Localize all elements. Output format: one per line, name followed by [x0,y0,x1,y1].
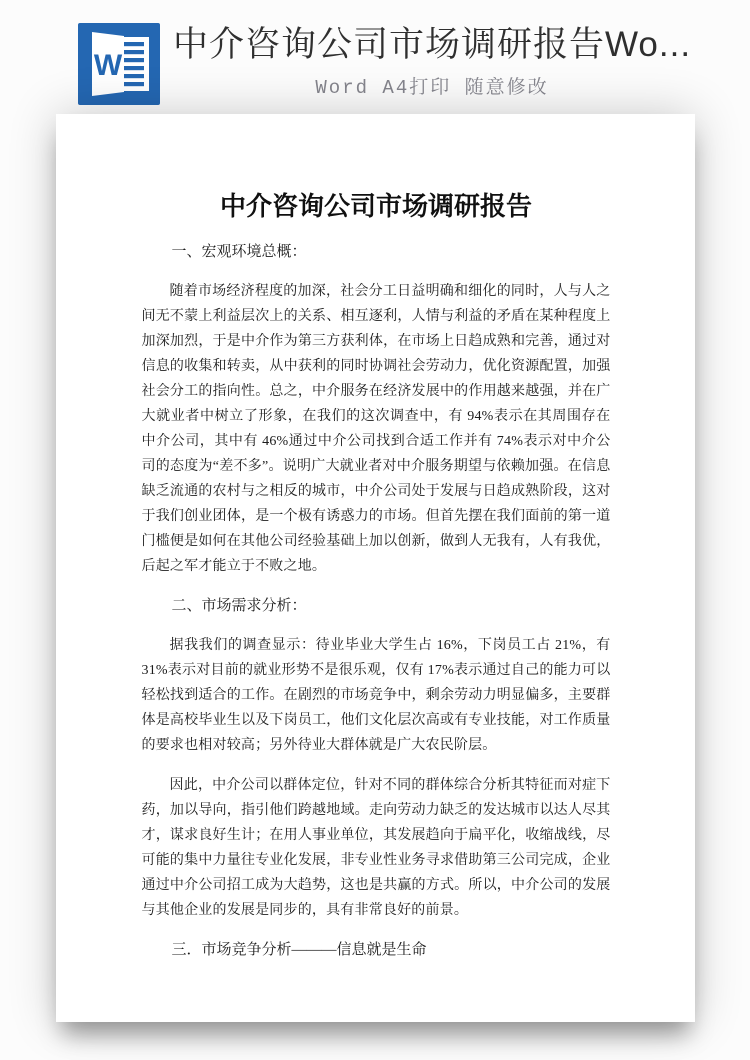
word-icon-line [123,58,144,62]
document-title: 中介咨询公司市场调研报告 [142,190,611,224]
word-icon-line [123,50,144,54]
word-icon: W [78,23,160,105]
page-title: 中介咨询公司市场调研报告Wo... [173,23,691,67]
site-header: W 中介咨询公司市场调研报告Wo... Word A4打印 随意修改 [0,0,750,105]
section-heading-3: 三．市场竞争分析———信息就是生命 [142,938,611,963]
word-icon-line [123,66,144,70]
document-page: 中介咨询公司市场调研报告 一、宏观环境总概： 随着市场经济程度的加深，社会分工日… [56,114,695,1022]
preview-stage: 中介咨询公司市场调研报告 一、宏观环境总概： 随着市场经济程度的加深，社会分工日… [0,114,750,1022]
word-icon-line [123,42,144,46]
section-heading-1: 一、宏观环境总概： [142,240,611,265]
header-title-block: 中介咨询公司市场调研报告Wo... Word A4打印 随意修改 [173,23,691,99]
section-heading-2: 二、市场需求分析： [142,594,611,619]
paragraph: 据我我们的调查显示：待业毕业大学生占 16%，下岗员工占 21%，有 31%表示… [142,633,611,758]
page-subtitle: Word A4打印 随意修改 [315,72,548,99]
paragraph: 因此，中介公司以群体定位，针对不同的群体综合分析其特征而对症下药，加以导向，指引… [142,773,611,923]
word-icon-line [123,82,144,86]
paragraph: 随着市场经济程度的加深，社会分工日益明确和细化的同时，人与人之间无不蒙上利益层次… [142,279,611,579]
word-icon-letter: W [94,49,123,82]
word-icon-line [123,74,144,78]
